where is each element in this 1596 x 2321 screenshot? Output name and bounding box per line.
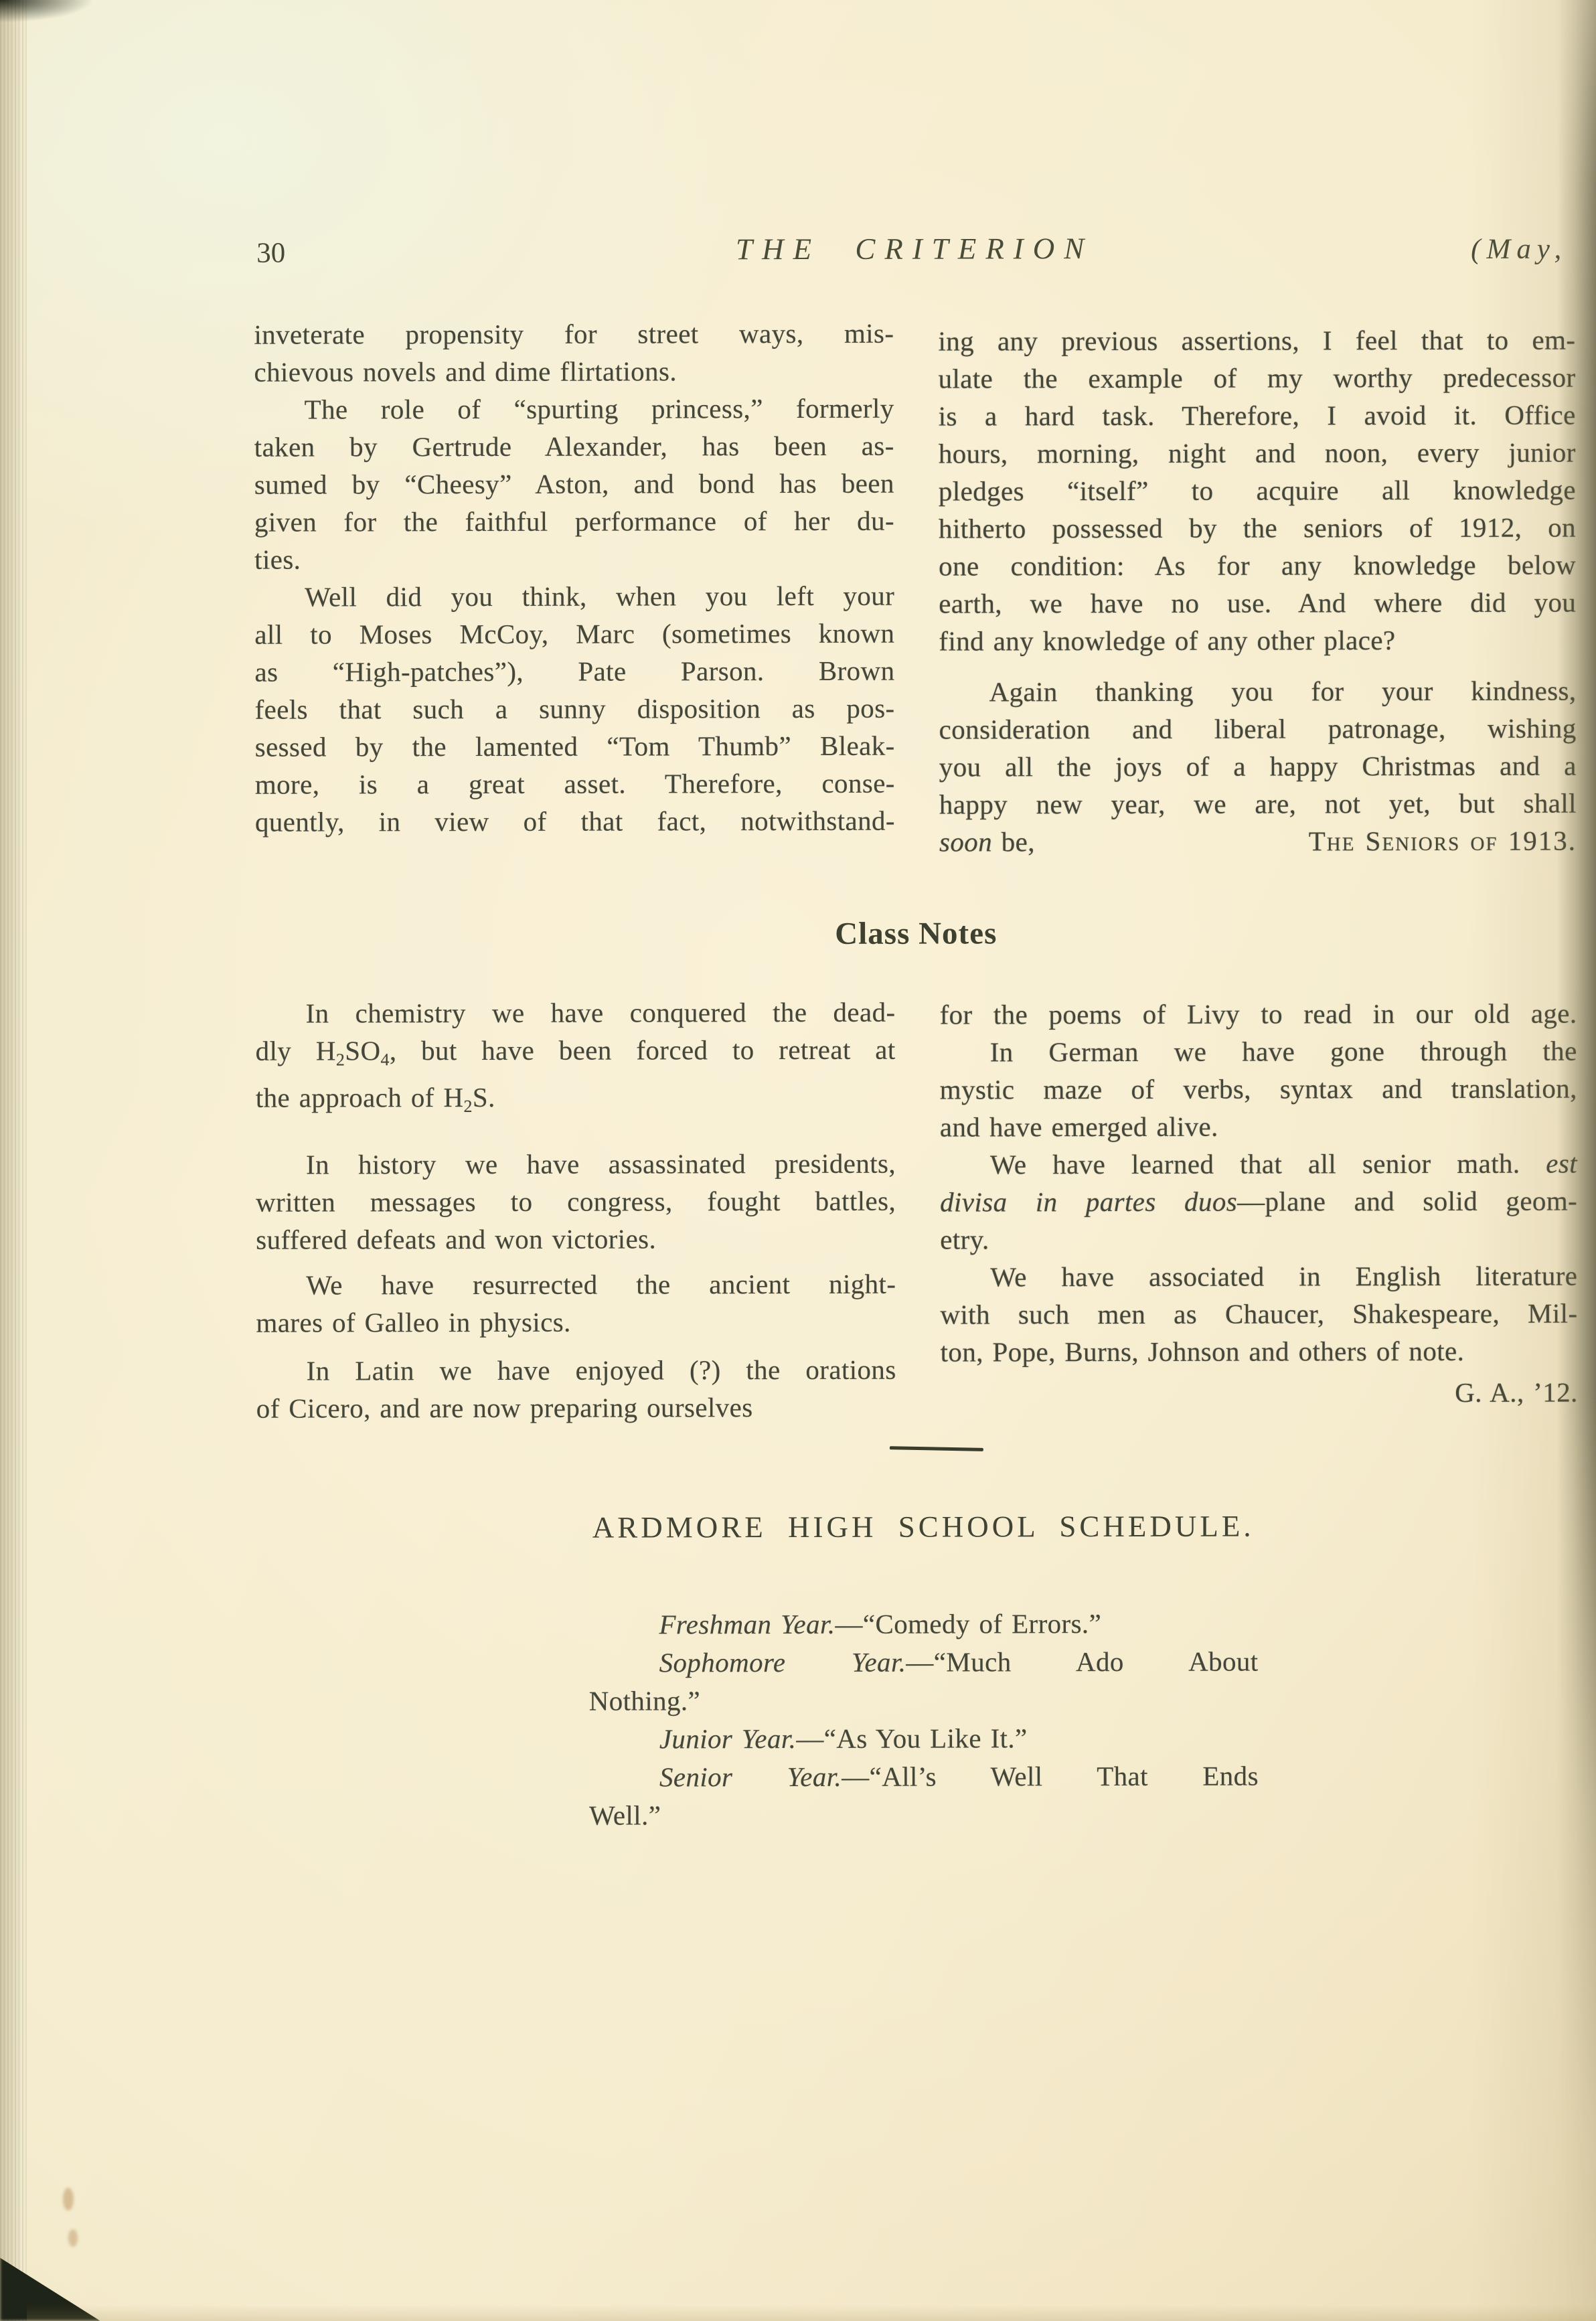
text-segment: more, is a great asset. Therefore, conse… — [255, 768, 895, 800]
class-notes-heading: Class Notes — [835, 915, 997, 952]
text-segment: soon — [939, 823, 992, 860]
text-segment: inveterate propensity for street ways, m… — [254, 318, 894, 350]
text-segment: Senior Year. — [659, 1761, 842, 1793]
text-line: sessed by the lamented “Tom Thumb” Bleak… — [255, 727, 895, 766]
text-segment: Freshman Year. — [659, 1609, 835, 1640]
text-segment: find any knowledge of any other place? — [939, 625, 1395, 656]
text-segment: etry. — [940, 1224, 989, 1255]
text-segment: —“As You Like It.” — [796, 1723, 1027, 1754]
text-segment: In chemistry we have conquered the dead- — [305, 997, 895, 1029]
schedule-block: Freshman Year.—“Comedy of Errors.”Sophom… — [588, 1605, 1259, 1835]
bottom-edge-shading — [27, 2305, 1596, 2321]
text-segment: all to Moses McCoy, Marc (sometimes know… — [254, 618, 894, 650]
text-segment: Sophomore Year. — [659, 1647, 906, 1678]
text-line: of Cicero, and are now preparing ourselv… — [256, 1388, 896, 1427]
text-line: as “High-patches”), Pate Parson. Brown — [254, 652, 894, 691]
text-segment: In history we have assassinated presiden… — [306, 1148, 896, 1180]
text-segment: be, — [992, 823, 1035, 860]
text-line: In history we have assassinated presiden… — [256, 1145, 896, 1184]
text-line: Freshman Year.—“Comedy of Errors.” — [588, 1605, 1258, 1644]
section-divider-rule — [890, 1446, 983, 1451]
text-segment: In Latin we have enjoyed (?) the oration… — [307, 1354, 896, 1386]
text-line: feels that such a sunny disposition as p… — [255, 690, 895, 728]
class-notes-column-left: In chemistry we have conquered the dead-… — [255, 993, 896, 1427]
book-page-edges — [0, 0, 27, 2321]
text-segment: S. — [473, 1082, 495, 1113]
text-segment: ton, Pope, Burns, Johnson and others of … — [941, 1336, 1465, 1368]
text-line: Sophomore Year.—“Much Ado About — [589, 1643, 1259, 1682]
text-segment: Junior Year. — [659, 1723, 797, 1754]
gutter-shadow-right — [1557, 0, 1596, 2321]
text-segment: dly H — [256, 1035, 336, 1066]
text-line: Well did you think, when you left your — [254, 577, 894, 616]
text-segment: —“All’s Well That Ends — [842, 1761, 1259, 1792]
text-segment: and have emerged alive. — [940, 1111, 1218, 1143]
text-segment: taken by Gertrude Alexander, has been as… — [254, 430, 894, 463]
paper-stain — [68, 2229, 78, 2247]
text-segment: Well did you think, when you left your — [305, 580, 894, 613]
text-segment: written messages to congress, fought bat… — [256, 1186, 896, 1218]
text-line: more, is a great asset. Therefore, conse… — [255, 765, 895, 803]
text-segment: Well.” — [589, 1799, 661, 1830]
text-line: given for the faithful performance of he… — [254, 502, 894, 541]
journal-title: THE CRITERION — [736, 231, 1093, 266]
text-line: sumed by “Cheesy” Aston, and bond has be… — [254, 465, 894, 503]
text-line: mares of Galleo in physics. — [256, 1303, 896, 1342]
text-line: quently, in view of that fact, notwithst… — [255, 802, 895, 841]
text-segment: suffered defeats and won victories. — [256, 1223, 656, 1255]
text-line: In Latin we have enjoyed (?) the oration… — [256, 1351, 896, 1390]
text-segment: divisa in partes duos — [940, 1186, 1237, 1218]
paper-stain — [63, 2188, 74, 2211]
text-segment: chievous novels and dime flirtations. — [254, 355, 677, 387]
line-spacer — [1035, 822, 1309, 860]
text-line: taken by Gertrude Alexander, has been as… — [254, 427, 894, 466]
text-segment: quently, in view of that fact, notwithst… — [255, 805, 895, 837]
text-line: ties. — [254, 540, 894, 578]
text-line: In chemistry we have conquered the dead- — [255, 993, 895, 1032]
text-line: Senior Year.—“All’s Well That Ends — [589, 1757, 1259, 1797]
text-segment: , but have been forced to retreat at — [390, 1034, 896, 1066]
text-segment: sessed by the lamented “Tom Thumb” Bleak… — [255, 730, 895, 763]
text-segment: the approach of H — [256, 1082, 464, 1113]
text-segment: ties. — [254, 544, 301, 575]
text-line: Junior Year.—“As You Like It.” — [589, 1719, 1259, 1759]
text-segment: feels that such a sunny disposition as p… — [255, 693, 895, 725]
text-segment: 2 — [336, 1050, 345, 1069]
page-number: 30 — [256, 237, 285, 270]
text-line: chievous novels and dime flirtations. — [254, 352, 894, 391]
article-column-left: inveterate propensity for street ways, m… — [254, 315, 895, 841]
text-segment: given for the faithful performance of he… — [254, 505, 894, 538]
text-line: We have resurrected the ancient night- — [256, 1265, 896, 1304]
text-segment: We have learned that all senior math. — [990, 1148, 1546, 1180]
text-segment: SO — [345, 1035, 380, 1066]
text-line: the approach of H2S. — [256, 1078, 896, 1126]
text-segment: 2 — [463, 1097, 472, 1116]
text-line: all to Moses McCoy, Marc (sometimes know… — [254, 615, 894, 653]
corner-shadow-top-left — [0, 0, 94, 23]
text-line: suffered defeats and won victories. — [256, 1220, 896, 1259]
text-segment: —“Comedy of Errors.” — [835, 1608, 1101, 1639]
schedule-heading: ARDMORE HIGH SCHOOL SCHEDULE. — [592, 1509, 1255, 1545]
text-line: Well.” — [589, 1795, 1259, 1835]
text-line: The role of “spurting princess,” formerl… — [254, 390, 894, 428]
text-segment: We have resurrected the ancient night- — [306, 1269, 896, 1301]
text-segment: 4 — [380, 1050, 389, 1069]
text-segment: sumed by “Cheesy” Aston, and bond has be… — [254, 468, 894, 500]
text-line: written messages to congress, fought bat… — [256, 1182, 896, 1221]
text-segment: Nothing.” — [589, 1685, 701, 1716]
scanned-book-page: 30 THE CRITERION (May, inveterate propen… — [0, 0, 1596, 2321]
text-segment: of Cicero, and are now preparing ourselv… — [256, 1392, 753, 1424]
text-segment: as “High-patches”), Pate Parson. Brown — [254, 655, 894, 688]
page-content: 30 THE CRITERION (May, inveterate propen… — [0, 0, 1596, 2321]
text-line: dly H2SO4, but have been forced to retre… — [256, 1031, 896, 1079]
text-line: Nothing.” — [589, 1681, 1259, 1720]
text-segment: The role of “spurting princess,” formerl… — [305, 393, 894, 425]
text-line: inveterate propensity for street ways, m… — [254, 315, 894, 353]
text-segment: —“Much Ado About — [906, 1646, 1258, 1678]
text-segment: mares of Galleo in physics. — [256, 1307, 570, 1338]
